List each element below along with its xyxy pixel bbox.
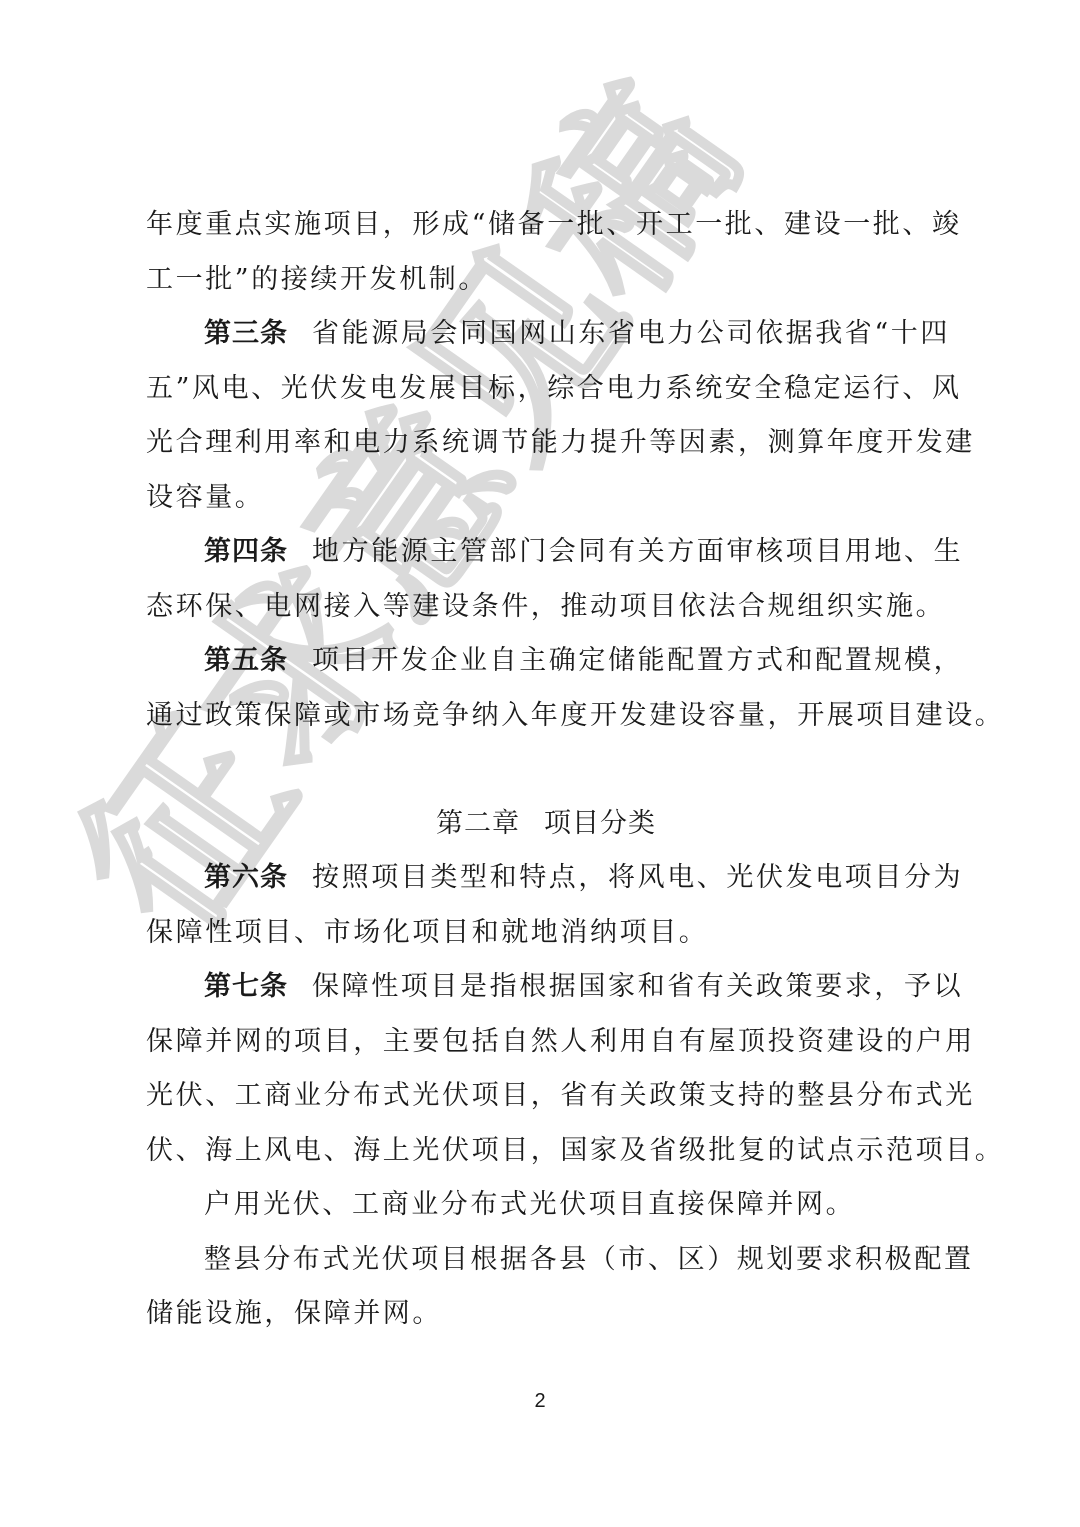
document-page: 征求意见稿 年度重点实施项目，形成“储备一批、开工一批、建设一批、竣 工一批”的… <box>0 0 1080 1527</box>
text-line: 保障并网的项目，主要包括自然人利用自有屋顶投资建设的户用 <box>146 1015 946 1070</box>
spacer <box>146 743 946 797</box>
paragraph: 整县分布式光伏项目根据各县（市、区）规划要求积极配置 储能设施，保障并网。 <box>146 1233 946 1342</box>
article-label: 第七条 <box>204 971 288 1002</box>
text-line: 五”风电、光伏发电发展目标，综合电力系统安全稳定运行、风 <box>146 362 946 417</box>
article-6: 第六条按照项目类型和特点，将风电、光伏发电项目分为 保障性项目、市场化项目和就地… <box>146 851 946 960</box>
text-line: 地方能源主管部门会同有关方面审核项目用地、生 <box>312 536 963 567</box>
text-line: 光伏、工商业分布式光伏项目，省有关政策支持的整县分布式光 <box>146 1069 946 1124</box>
text-line: 省能源局会同国网山东省电力公司依据我省“十四 <box>312 318 950 349</box>
article-label: 第三条 <box>204 318 288 349</box>
paragraph-continuation: 年度重点实施项目，形成“储备一批、开工一批、建设一批、竣 工一批”的接续开发机制… <box>146 198 946 307</box>
text-line: 工一批”的接续开发机制。 <box>146 253 946 308</box>
article-3: 第三条省能源局会同国网山东省电力公司依据我省“十四 五”风电、光伏发电发展目标，… <box>146 307 946 525</box>
article-label: 第四条 <box>204 536 288 567</box>
text-line: 年度重点实施项目，形成“储备一批、开工一批、建设一批、竣 <box>146 198 946 253</box>
text-line: 储能设施，保障并网。 <box>146 1287 946 1342</box>
text-line: 设容量。 <box>146 471 946 526</box>
text-line: 保障性项目、市场化项目和就地消纳项目。 <box>146 906 946 961</box>
article-label: 第六条 <box>204 862 288 893</box>
chapter-heading: 第二章项目分类 <box>146 797 946 851</box>
article-4: 第四条地方能源主管部门会同有关方面审核项目用地、生 态环保、电网接入等建设条件，… <box>146 525 946 634</box>
text-line: 光合理利用率和电力系统调节能力提升等因素，测算年度开发建 <box>146 416 946 471</box>
article-5: 第五条项目开发企业自主确定储能配置方式和配置规模， 通过政策保障或市场竞争纳入年… <box>146 634 946 743</box>
text-line: 态环保、电网接入等建设条件，推动项目依法合规组织实施。 <box>146 580 946 635</box>
page-number: 2 <box>0 1390 1080 1413</box>
text-line: 伏、海上风电、海上光伏项目，国家及省级批复的试点示范项目。 <box>146 1124 946 1179</box>
text-line: 保障性项目是指根据国家和省有关政策要求，予以 <box>312 971 963 1002</box>
text-line: 户用光伏、工商业分布式光伏项目直接保障并网。 <box>146 1178 946 1233</box>
text-line: 整县分布式光伏项目根据各县（市、区）规划要求积极配置 <box>146 1233 946 1288</box>
chapter-number: 第二章 <box>436 808 520 839</box>
article-7: 第七条保障性项目是指根据国家和省有关政策要求，予以 保障并网的项目，主要包括自然… <box>146 960 946 1178</box>
text-line: 项目开发企业自主确定储能配置方式和配置规模， <box>312 645 963 676</box>
text-line: 通过政策保障或市场竞争纳入年度开发建设容量，开展项目建设。 <box>146 689 946 744</box>
chapter-title: 项目分类 <box>544 808 656 839</box>
page-content: 年度重点实施项目，形成“储备一批、开工一批、建设一批、竣 工一批”的接续开发机制… <box>146 198 946 1342</box>
article-label: 第五条 <box>204 645 288 676</box>
text-line: 按照项目类型和特点，将风电、光伏发电项目分为 <box>312 862 963 893</box>
paragraph: 户用光伏、工商业分布式光伏项目直接保障并网。 <box>146 1178 946 1233</box>
